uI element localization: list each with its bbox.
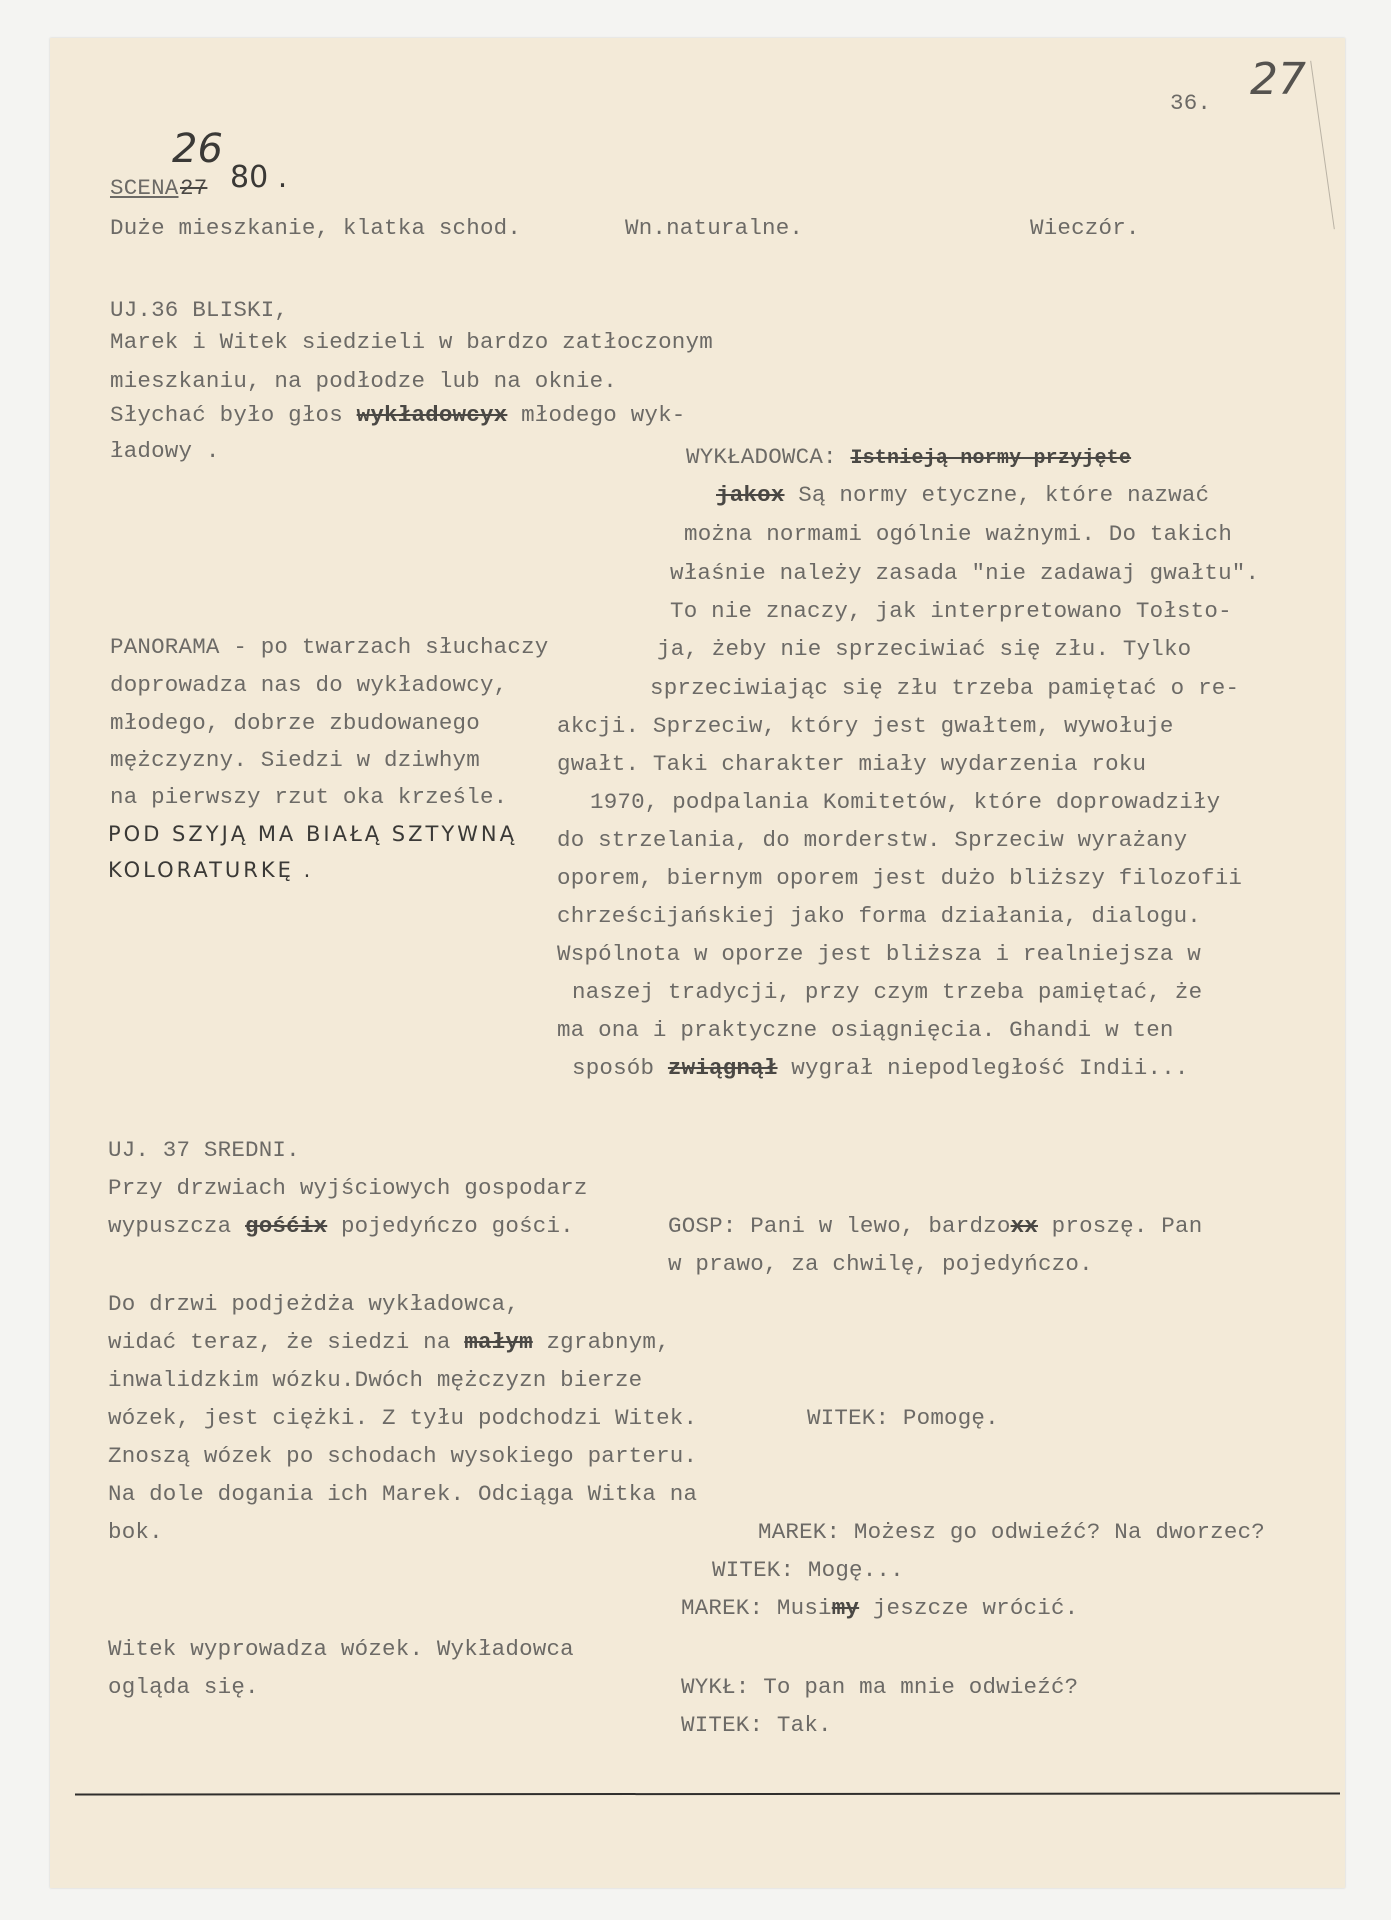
- scene-label: SCENA: [110, 177, 179, 200]
- scene-number-handwritten: 26: [172, 126, 223, 172]
- panorama-line: mężczyzny. Siedzi w dziwhym: [110, 749, 480, 772]
- dialogue-line: ma ona i praktyczne osiągnięcia. Ghandi …: [557, 1019, 1174, 1042]
- action-text: wypuszcza: [108, 1213, 245, 1239]
- dialogue-line: do strzelania, do morderstw. Sprzeciw wy…: [557, 829, 1187, 852]
- struck-text: Istnieją normy przyjęte: [850, 447, 1131, 470]
- speaker-name: WYKŁADOWCA:: [686, 444, 850, 470]
- handwritten-note: POD SZYJĄ MA BIAŁĄ SZTYWNĄ: [108, 822, 517, 846]
- action-text: zgrabnym,: [533, 1329, 670, 1355]
- panorama-line: młodego, dobrze zbudowanego: [110, 712, 480, 735]
- dialogue-text: Są normy etyczne, które nazwać: [785, 482, 1210, 508]
- dialogue-text: proszę. Pan: [1038, 1213, 1202, 1239]
- dialogue-text: MAREK: Musi: [681, 1595, 832, 1621]
- scene-setting: Wn.naturalne.: [625, 217, 803, 240]
- dialogue-line: oporem, biernym oporem jest dużo bliższy…: [557, 867, 1242, 890]
- action-line: ładowy .: [110, 440, 220, 463]
- dialogue-line: jakox Są normy etyczne, które nazwać: [716, 484, 1209, 507]
- action-line: widać teraz, że siedzi na małym zgrabnym…: [108, 1331, 670, 1354]
- panorama-line: PANORAMA - po twarzach słuchaczy: [110, 636, 548, 659]
- action-line: Marek i Witek siedzieli w bardzo zatłocz…: [110, 331, 713, 354]
- struck-text: gośćix: [245, 1213, 327, 1239]
- handwritten-note: KOLORATURKĘ .: [108, 858, 313, 882]
- scene-number-crossed: 27: [180, 177, 207, 200]
- action-line: Przy drzwiach wyjściowych gospodarz: [108, 1177, 588, 1200]
- dialogue-text: jeszcze wrócić.: [859, 1595, 1078, 1621]
- handwritten-page-number: 27: [1250, 54, 1306, 105]
- scene-total-handwritten: 80 .: [230, 160, 287, 195]
- action-line: Znoszą wózek po schodach wysokiego parte…: [108, 1445, 697, 1468]
- action-line: ogląda się.: [108, 1676, 259, 1699]
- action-line: bok.: [108, 1521, 163, 1544]
- dialogue-line: sposób zwiągnął wygrał niepodległość Ind…: [572, 1057, 1189, 1080]
- dialogue-line: chrześcijańskiej jako forma działania, d…: [557, 905, 1201, 928]
- dialogue-line: właśnie należy zasada "nie zadawaj gwałt…: [670, 562, 1259, 585]
- dialogue-line: To nie znaczy, jak interpretowano Tołsto…: [670, 600, 1232, 623]
- action-text: widać teraz, że siedzi na: [108, 1329, 464, 1355]
- dialogue-line: Wspólnota w oporze jest bliższa i realni…: [557, 943, 1201, 966]
- shot-heading: UJ. 37 SREDNI.: [108, 1139, 300, 1162]
- dialogue-line: sprzeciwiając się złu trzeba pamiętać o …: [650, 677, 1239, 700]
- struck-text: zwiągnął: [668, 1055, 778, 1081]
- dialogue-line: WITEK: Mogę...: [712, 1559, 904, 1582]
- action-line: wypuszcza gośćix pojedyńczo gości.: [108, 1215, 574, 1238]
- panorama-line: na pierwszy rzut oka krześle.: [110, 786, 507, 809]
- shot-heading: UJ.36 BLISKI,: [110, 299, 288, 322]
- dialogue-line: 1970, podpalania Komitetów, które doprow…: [590, 791, 1220, 814]
- struck-text: wykładowcyx: [357, 402, 508, 428]
- action-line: inwalidzkim wózku.Dwóch mężczyzn bierze: [108, 1369, 642, 1392]
- scene-time: Wieczór.: [1030, 217, 1140, 240]
- dialogue-text: wygrał niepodległość Indii...: [778, 1055, 1189, 1081]
- action-line: Na dole dogania ich Marek. Odciąga Witka…: [108, 1483, 697, 1506]
- struck-text: małym: [464, 1329, 533, 1355]
- dialogue-line: MAREK: Możesz go odwieźć? Na dworzec?: [758, 1521, 1265, 1544]
- dialogue-line: można normami ogólnie ważnymi. Do takich: [684, 523, 1232, 546]
- panorama-line: doprowadza nas do wykładowcy,: [110, 674, 507, 697]
- page-number: 36.: [1170, 92, 1211, 115]
- dialogue-line: WITEK: Tak.: [681, 1714, 832, 1737]
- action-line: Do drzwi podjeżdża wykładowca,: [108, 1293, 519, 1316]
- struck-text: jakox: [716, 482, 785, 508]
- dialogue-line: ja, żeby nie sprzeciwiać się złu. Tylko: [657, 638, 1191, 661]
- action-line: Słychać było głos wykładowcyx młodego wy…: [110, 404, 686, 427]
- dialogue-line: WYKŁADOWCA: Istnieją normy przyjęte: [686, 446, 1131, 469]
- action-text: pojedyńczo gości.: [327, 1213, 574, 1239]
- dialogue-line: WITEK: Pomogę.: [807, 1407, 999, 1430]
- struck-text: my: [832, 1595, 859, 1621]
- action-line: wózek, jest ciężki. Z tyłu podchodzi Wit…: [108, 1407, 697, 1430]
- dialogue-line: w prawo, za chwilę, pojedyńczo.: [668, 1253, 1093, 1276]
- action-line: mieszkaniu, na podłodze lub na oknie.: [110, 370, 617, 393]
- scene-location: Duże mieszkanie, klatka schod.: [110, 217, 521, 240]
- dialogue-line: naszej tradycji, przy czym trzeba pamięt…: [572, 981, 1202, 1004]
- dialogue-line: gwałt. Taki charakter miały wydarzenia r…: [557, 753, 1146, 776]
- dialogue-text: GOSP: Pani w lewo, bardzo: [668, 1213, 1011, 1239]
- dialogue-line: WYKŁ: To pan ma mnie odwieźć?: [681, 1676, 1078, 1699]
- dialogue-line: MAREK: Musimy jeszcze wrócić.: [681, 1597, 1078, 1620]
- dialogue-line: GOSP: Pani w lewo, bardzoxx proszę. Pan: [668, 1215, 1202, 1238]
- dialogue-line: akcji. Sprzeciw, który jest gwałtem, wyw…: [557, 715, 1174, 738]
- struck-text: xx: [1011, 1213, 1038, 1239]
- action-line: Witek wyprowadza wózek. Wykładowca: [108, 1638, 574, 1661]
- dialogue-text: sposób: [572, 1055, 668, 1081]
- action-text: młodego wyk-: [507, 402, 685, 428]
- action-text: Słychać było głos: [110, 402, 357, 428]
